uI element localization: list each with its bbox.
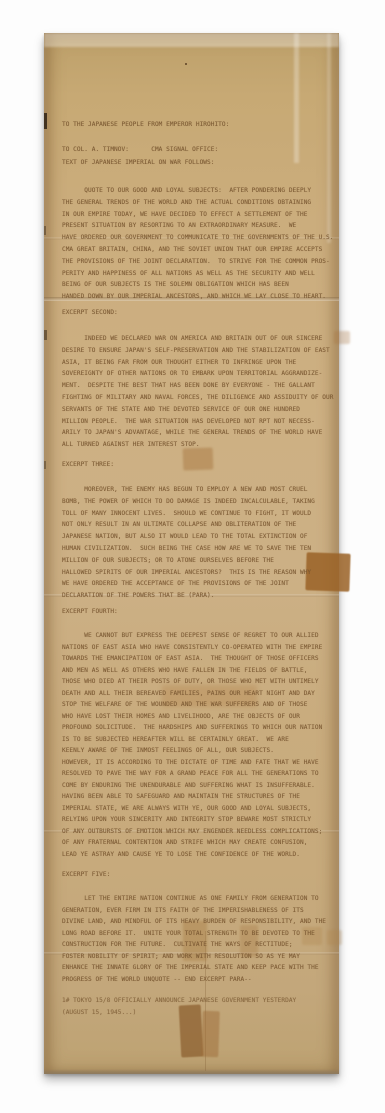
sleeve-crease (294, 33, 299, 163)
document-photo: TO THE JAPANESE PEOPLE FROM EMPEROR HIRO… (0, 0, 385, 1113)
tape-stain (334, 331, 350, 344)
excerpt-5-header: EXCERPT FIVE: (62, 869, 110, 881)
excerpt-2-header: EXCERPT SECOND: (62, 307, 118, 319)
address-line: TO THE JAPANESE PEOPLE FROM EMPEROR HIRO… (62, 119, 229, 131)
excerpt-2-body: INDEED WE DECLARED WAR ON AMERICA AND BR… (62, 333, 333, 451)
tape-stain (327, 930, 342, 945)
paper-edge-mark (44, 330, 47, 340)
dateline: 1# TOKYO 15/8 OFFICIALLY ANNOUNCE JAPANE… (62, 995, 296, 1018)
excerpt-3-header: EXCERPT THREE: (62, 459, 114, 471)
routing-lines: TO COL. A. TIMNOV: CMA SIGNAL OFFICE: TE… (62, 144, 218, 170)
excerpt-1-body: QUOTE TO OUR GOOD AND LOYAL SUBJECTS: AF… (62, 185, 333, 303)
excerpt-3-body: MOREOVER, THE ENEMY HAS BEGUN TO EMPLOY … (62, 484, 315, 602)
paper-edge-mark (44, 226, 46, 235)
excerpt-4-header: EXCERPT FOURTH: (62, 606, 118, 618)
telegram-paper: TO THE JAPANESE PEOPLE FROM EMPEROR HIRO… (44, 33, 339, 1074)
paper-edge-mark (44, 113, 47, 129)
ink-speck (185, 63, 187, 65)
excerpt-5-body: LET THE ENTIRE NATION CONTINUE AS ONE FA… (62, 893, 326, 985)
excerpt-4-body: WE CANNOT BUT EXPRESS THE DEEPEST SENSE … (62, 630, 322, 860)
paper-edge-mark (44, 461, 46, 469)
